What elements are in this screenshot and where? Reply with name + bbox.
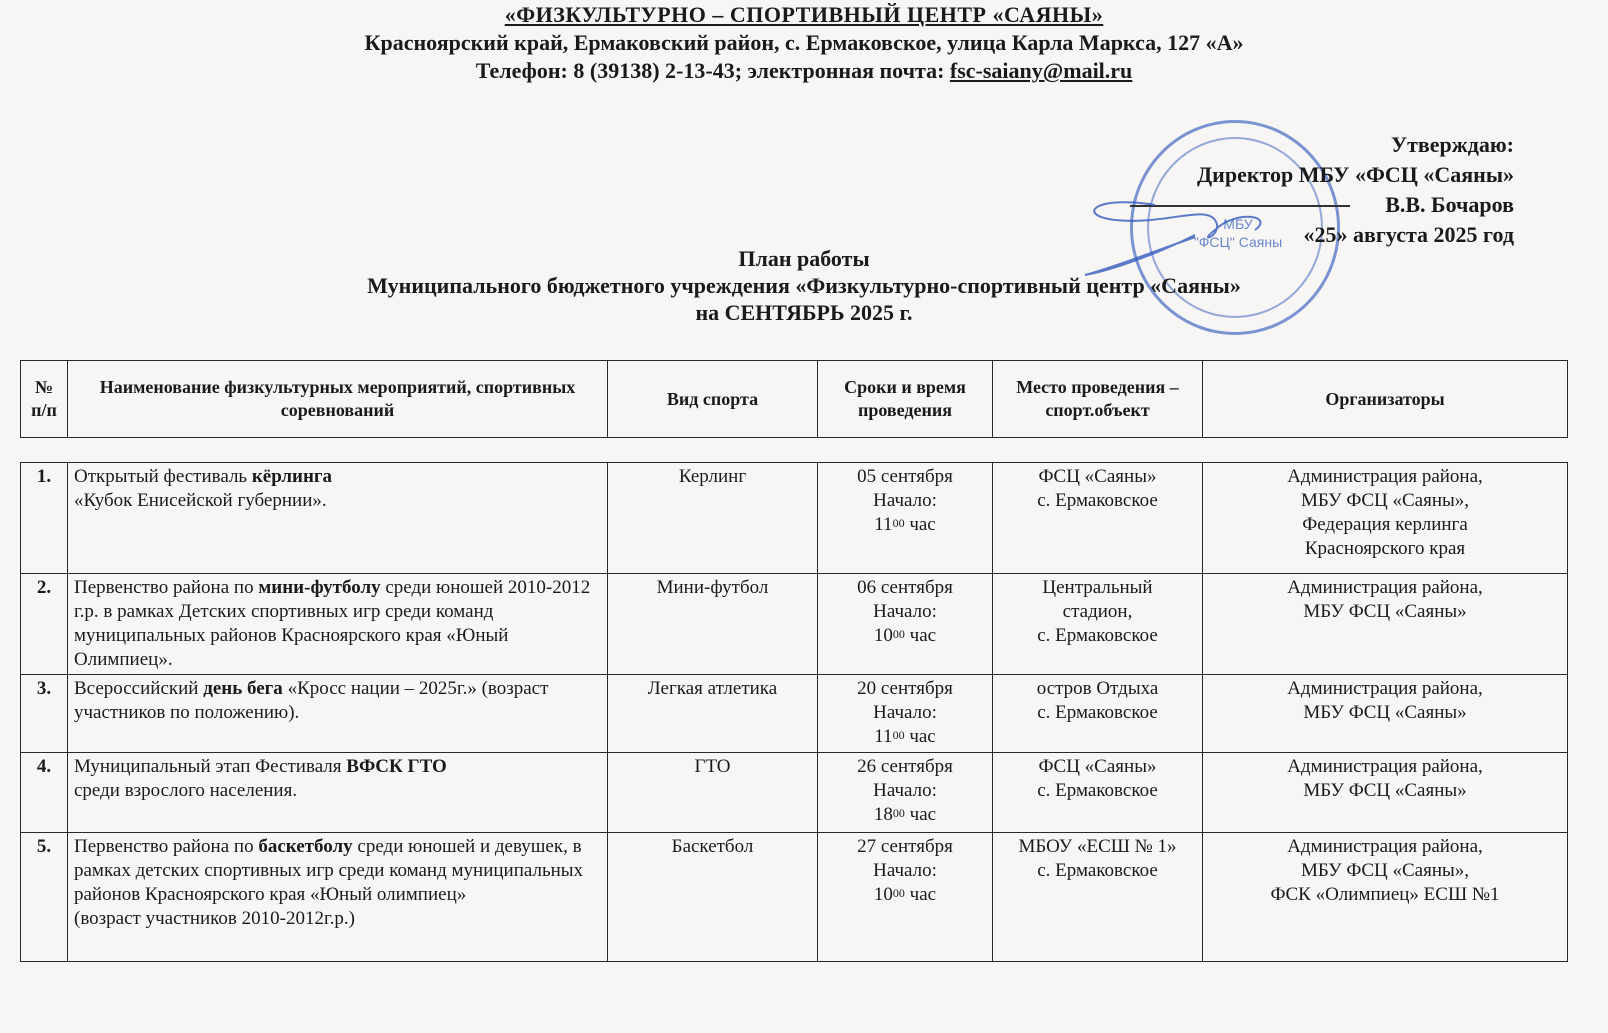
cell-line: Администрация района,: [1209, 576, 1561, 600]
event-date-time: 20 сентября Начало: 1100 час: [818, 675, 993, 753]
event-name: Первенство района по баскетболу среди юн…: [68, 833, 608, 962]
approval-name: В.В. Бочаров: [1094, 190, 1514, 220]
event-place: МБОУ «ЕСШ № 1»с. Ермаковское: [993, 833, 1203, 962]
cell-line: остров Отдыха: [999, 677, 1196, 701]
event-name-text: Всероссийский: [74, 678, 203, 699]
sport-type: Баскетбол: [608, 833, 818, 962]
cell-line: с. Ермаковское: [999, 701, 1196, 725]
event-date: 06 сентября: [824, 576, 986, 600]
cell-line: ФСК «Олимпиец» ЕСШ №1: [1209, 883, 1561, 907]
approval-label: Утверждаю:: [1094, 130, 1514, 160]
row-number: 3.: [21, 675, 68, 753]
header-organizers: Организаторы: [1203, 361, 1568, 438]
event-organizers: Администрация района,МБУ ФСЦ «Саяны»: [1203, 574, 1568, 675]
letterhead-address: Красноярский край, Ермаковский район, с.…: [0, 30, 1608, 56]
event-date: 26 сентября: [824, 755, 986, 779]
event-date: 20 сентября: [824, 677, 986, 701]
cell-line: Красноярского края: [1209, 537, 1561, 561]
letterhead-contacts: Телефон: 8 (39138) 2-13-43; электронная …: [0, 58, 1608, 84]
event-name-text: Первенство района по: [74, 836, 258, 857]
event-name-sport: ВФСК ГТО: [346, 756, 447, 777]
start-label: Начало:: [824, 779, 986, 803]
start-time: 1800 час: [824, 803, 986, 827]
cell-line: Администрация района,: [1209, 755, 1561, 779]
cell-line: ФСЦ «Саяны»: [999, 465, 1196, 489]
start-label: Начало:: [824, 859, 986, 883]
cell-line: МБОУ «ЕСШ № 1»: [999, 835, 1196, 859]
event-name-note: (возраст участников 2010-2012г.р.): [74, 907, 601, 931]
event-name-sport: мини-футболу: [258, 577, 380, 598]
event-date: 27 сентября: [824, 835, 986, 859]
approval-position: Директор МБУ «ФСЦ «Саяны»: [1094, 160, 1514, 190]
title-line-2: Муниципального бюджетного учреждения «Фи…: [0, 272, 1608, 299]
table-row: 4. Муниципальный этап Фестиваля ВФСК ГТО…: [21, 753, 1568, 833]
event-name: Открытый фестиваль кёрлинга«Кубок Енисей…: [68, 463, 608, 574]
row-number: 5.: [21, 833, 68, 962]
event-date-time: 05 сентября Начало: 1100 час: [818, 463, 993, 574]
event-organizers: Администрация района,МБУ ФСЦ «Саяны»: [1203, 675, 1568, 753]
cell-line: ФСЦ «Саяны»: [999, 755, 1196, 779]
event-name-sport: баскетболу: [258, 836, 352, 857]
cell-line: МБУ ФСЦ «Саяны»: [1209, 600, 1561, 624]
document-title: План работы Муниципального бюджетного уч…: [0, 245, 1608, 326]
cell-line: Федерация керлинга: [1209, 513, 1561, 537]
table-row: 2. Первенство района по мини-футболу сре…: [21, 574, 1568, 675]
start-time: 1100 час: [824, 513, 986, 537]
event-date-time: 06 сентября Начало: 1000 час: [818, 574, 993, 675]
event-name: Муниципальный этап Фестиваля ВФСК ГТОсре…: [68, 753, 608, 833]
sport-type: ГТО: [608, 753, 818, 833]
title-line-1: План работы: [0, 245, 1608, 272]
event-name-sport: день бега: [203, 678, 283, 699]
plan-table-header: № п/п Наименование физкультурных меропри…: [20, 360, 1568, 438]
cell-line: стадион,: [999, 600, 1196, 624]
event-organizers: Администрация района,МБУ ФСЦ «Саяны»,ФСК…: [1203, 833, 1568, 962]
approval-block: Утверждаю: Директор МБУ «ФСЦ «Саяны» В.В…: [1094, 130, 1514, 250]
sport-type: Легкая атлетика: [608, 675, 818, 753]
start-time: 1000 час: [824, 883, 986, 907]
header-num: № п/п: [21, 361, 68, 438]
event-organizers: Администрация района,МБУ ФСЦ «Саяны»: [1203, 753, 1568, 833]
start-label: Начало:: [824, 489, 986, 513]
row-number: 1.: [21, 463, 68, 574]
event-name-text-rest: среди взрослого населения.: [74, 779, 601, 803]
header-place: Место проведения – спорт.объект: [993, 361, 1203, 438]
start-time: 1000 час: [824, 624, 986, 648]
event-name-text: Открытый фестиваль: [74, 466, 252, 487]
event-date-time: 27 сентября Начало: 1000 час: [818, 833, 993, 962]
start-label: Начало:: [824, 600, 986, 624]
letterhead-phone: Телефон: 8 (39138) 2-13-43; электронная …: [476, 58, 950, 83]
sport-type: Керлинг: [608, 463, 818, 574]
event-place: Центральныйстадион,с. Ермаковское: [993, 574, 1203, 675]
cell-line: с. Ермаковское: [999, 624, 1196, 648]
sport-type: Мини-футбол: [608, 574, 818, 675]
event-name: Первенство района по мини-футболу среди …: [68, 574, 608, 675]
event-name: Всероссийский день бега «Кросс нации – 2…: [68, 675, 608, 753]
letterhead-organization: «ФИЗКУЛЬТУРНО – СПОРТИВНЫЙ ЦЕНТР «САЯНЫ»: [0, 2, 1608, 28]
event-name-text-rest: «Кубок Енисейской губернии».: [74, 489, 601, 513]
header-sport: Вид спорта: [608, 361, 818, 438]
start-time: 1100 час: [824, 725, 986, 749]
table-row: 3. Всероссийский день бега «Кросс нации …: [21, 675, 1568, 753]
row-number: 2.: [21, 574, 68, 675]
email-link[interactable]: fsc-saiany@mail.ru: [950, 58, 1132, 83]
cell-line: МБУ ФСЦ «Саяны»,: [1209, 489, 1561, 513]
cell-line: Администрация района,: [1209, 465, 1561, 489]
event-place: остров Отдыхас. Ермаковское: [993, 675, 1203, 753]
event-place: ФСЦ «Саяны»с. Ермаковское: [993, 463, 1203, 574]
event-name-text: Первенство района по: [74, 577, 258, 598]
row-number: 4.: [21, 753, 68, 833]
cell-line: Центральный: [999, 576, 1196, 600]
event-date-time: 26 сентября Начало: 1800 час: [818, 753, 993, 833]
cell-line: МБУ ФСЦ «Саяны»: [1209, 701, 1561, 725]
start-label: Начало:: [824, 701, 986, 725]
cell-line: МБУ ФСЦ «Саяны»,: [1209, 859, 1561, 883]
table-row: 1. Открытый фестиваль кёрлинга«Кубок Ени…: [21, 463, 1568, 574]
event-place: ФСЦ «Саяны»с. Ермаковское: [993, 753, 1203, 833]
title-line-3: на СЕНТЯБРЬ 2025 г.: [0, 299, 1608, 326]
cell-line: с. Ермаковское: [999, 779, 1196, 803]
cell-line: Администрация района,: [1209, 677, 1561, 701]
cell-line: с. Ермаковское: [999, 859, 1196, 883]
cell-line: Администрация района,: [1209, 835, 1561, 859]
plan-table: 1. Открытый фестиваль кёрлинга«Кубок Ени…: [20, 462, 1568, 962]
event-name-text: Муниципальный этап Фестиваля: [74, 756, 346, 777]
event-date: 05 сентября: [824, 465, 986, 489]
table-row: 5. Первенство района по баскетболу среди…: [21, 833, 1568, 962]
header-name: Наименование физкультурных мероприятий, …: [68, 361, 608, 438]
header-date: Сроки и время проведения: [818, 361, 993, 438]
cell-line: МБУ ФСЦ «Саяны»: [1209, 779, 1561, 803]
event-organizers: Администрация района,МБУ ФСЦ «Саяны»,Фед…: [1203, 463, 1568, 574]
event-name-sport: кёрлинга: [252, 466, 332, 487]
cell-line: с. Ермаковское: [999, 489, 1196, 513]
